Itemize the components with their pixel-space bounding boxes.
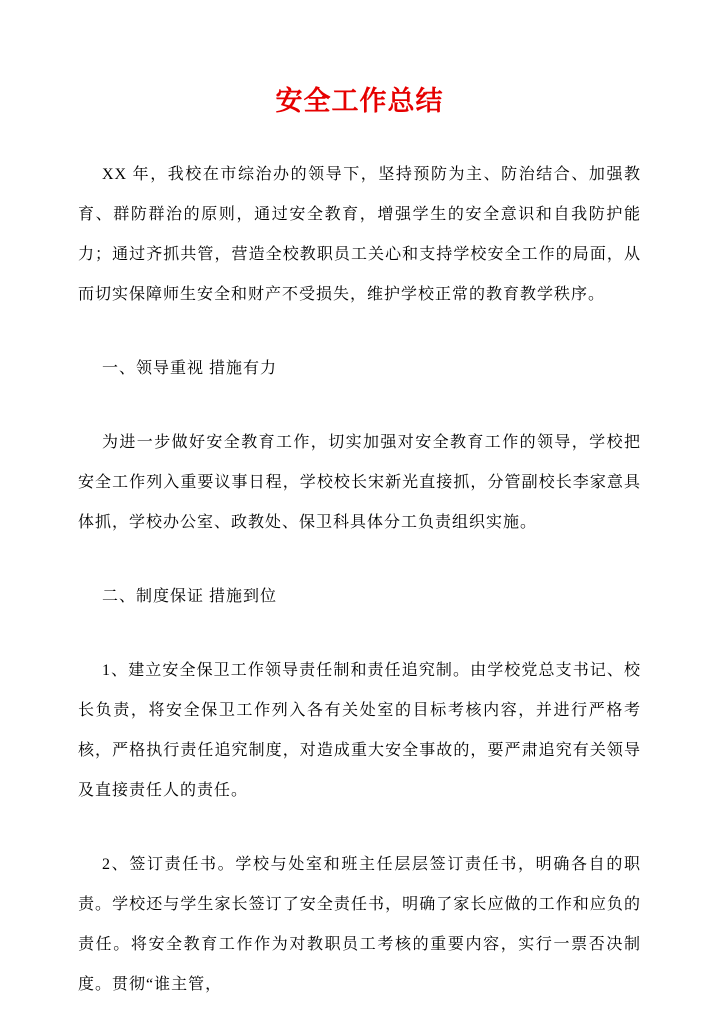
section-heading: 二、制度保证 措施到位 (78, 577, 641, 617)
section-heading: 一、领导重视 措施有力 (78, 349, 641, 389)
body-paragraph: 2、签订责任书。学校与处室和班主任层层签订责任书，明确各自的职责。学校还与学生家… (78, 845, 641, 1005)
body-paragraph: XX 年，我校在市综治办的领导下，坚持预防为主、防治结合、加强教育、群防群治的原… (78, 155, 641, 315)
document-page: 安全工作总结 XX 年，我校在市综治办的领导下，坚持预防为主、防治结合、加强教育… (0, 0, 721, 1020)
body-paragraph: 1、建立安全保卫工作领导责任制和责任追究制。由学校党总支书记、校长负责，将安全保… (78, 651, 641, 811)
body-paragraph: 为进一步做好安全教育工作，切实加强对安全教育工作的领导，学校把安全工作列入重要议… (78, 423, 641, 543)
document-body: XX 年，我校在市综治办的领导下，坚持预防为主、防治结合、加强教育、群防群治的原… (78, 155, 641, 1005)
document-title: 安全工作总结 (78, 85, 641, 117)
